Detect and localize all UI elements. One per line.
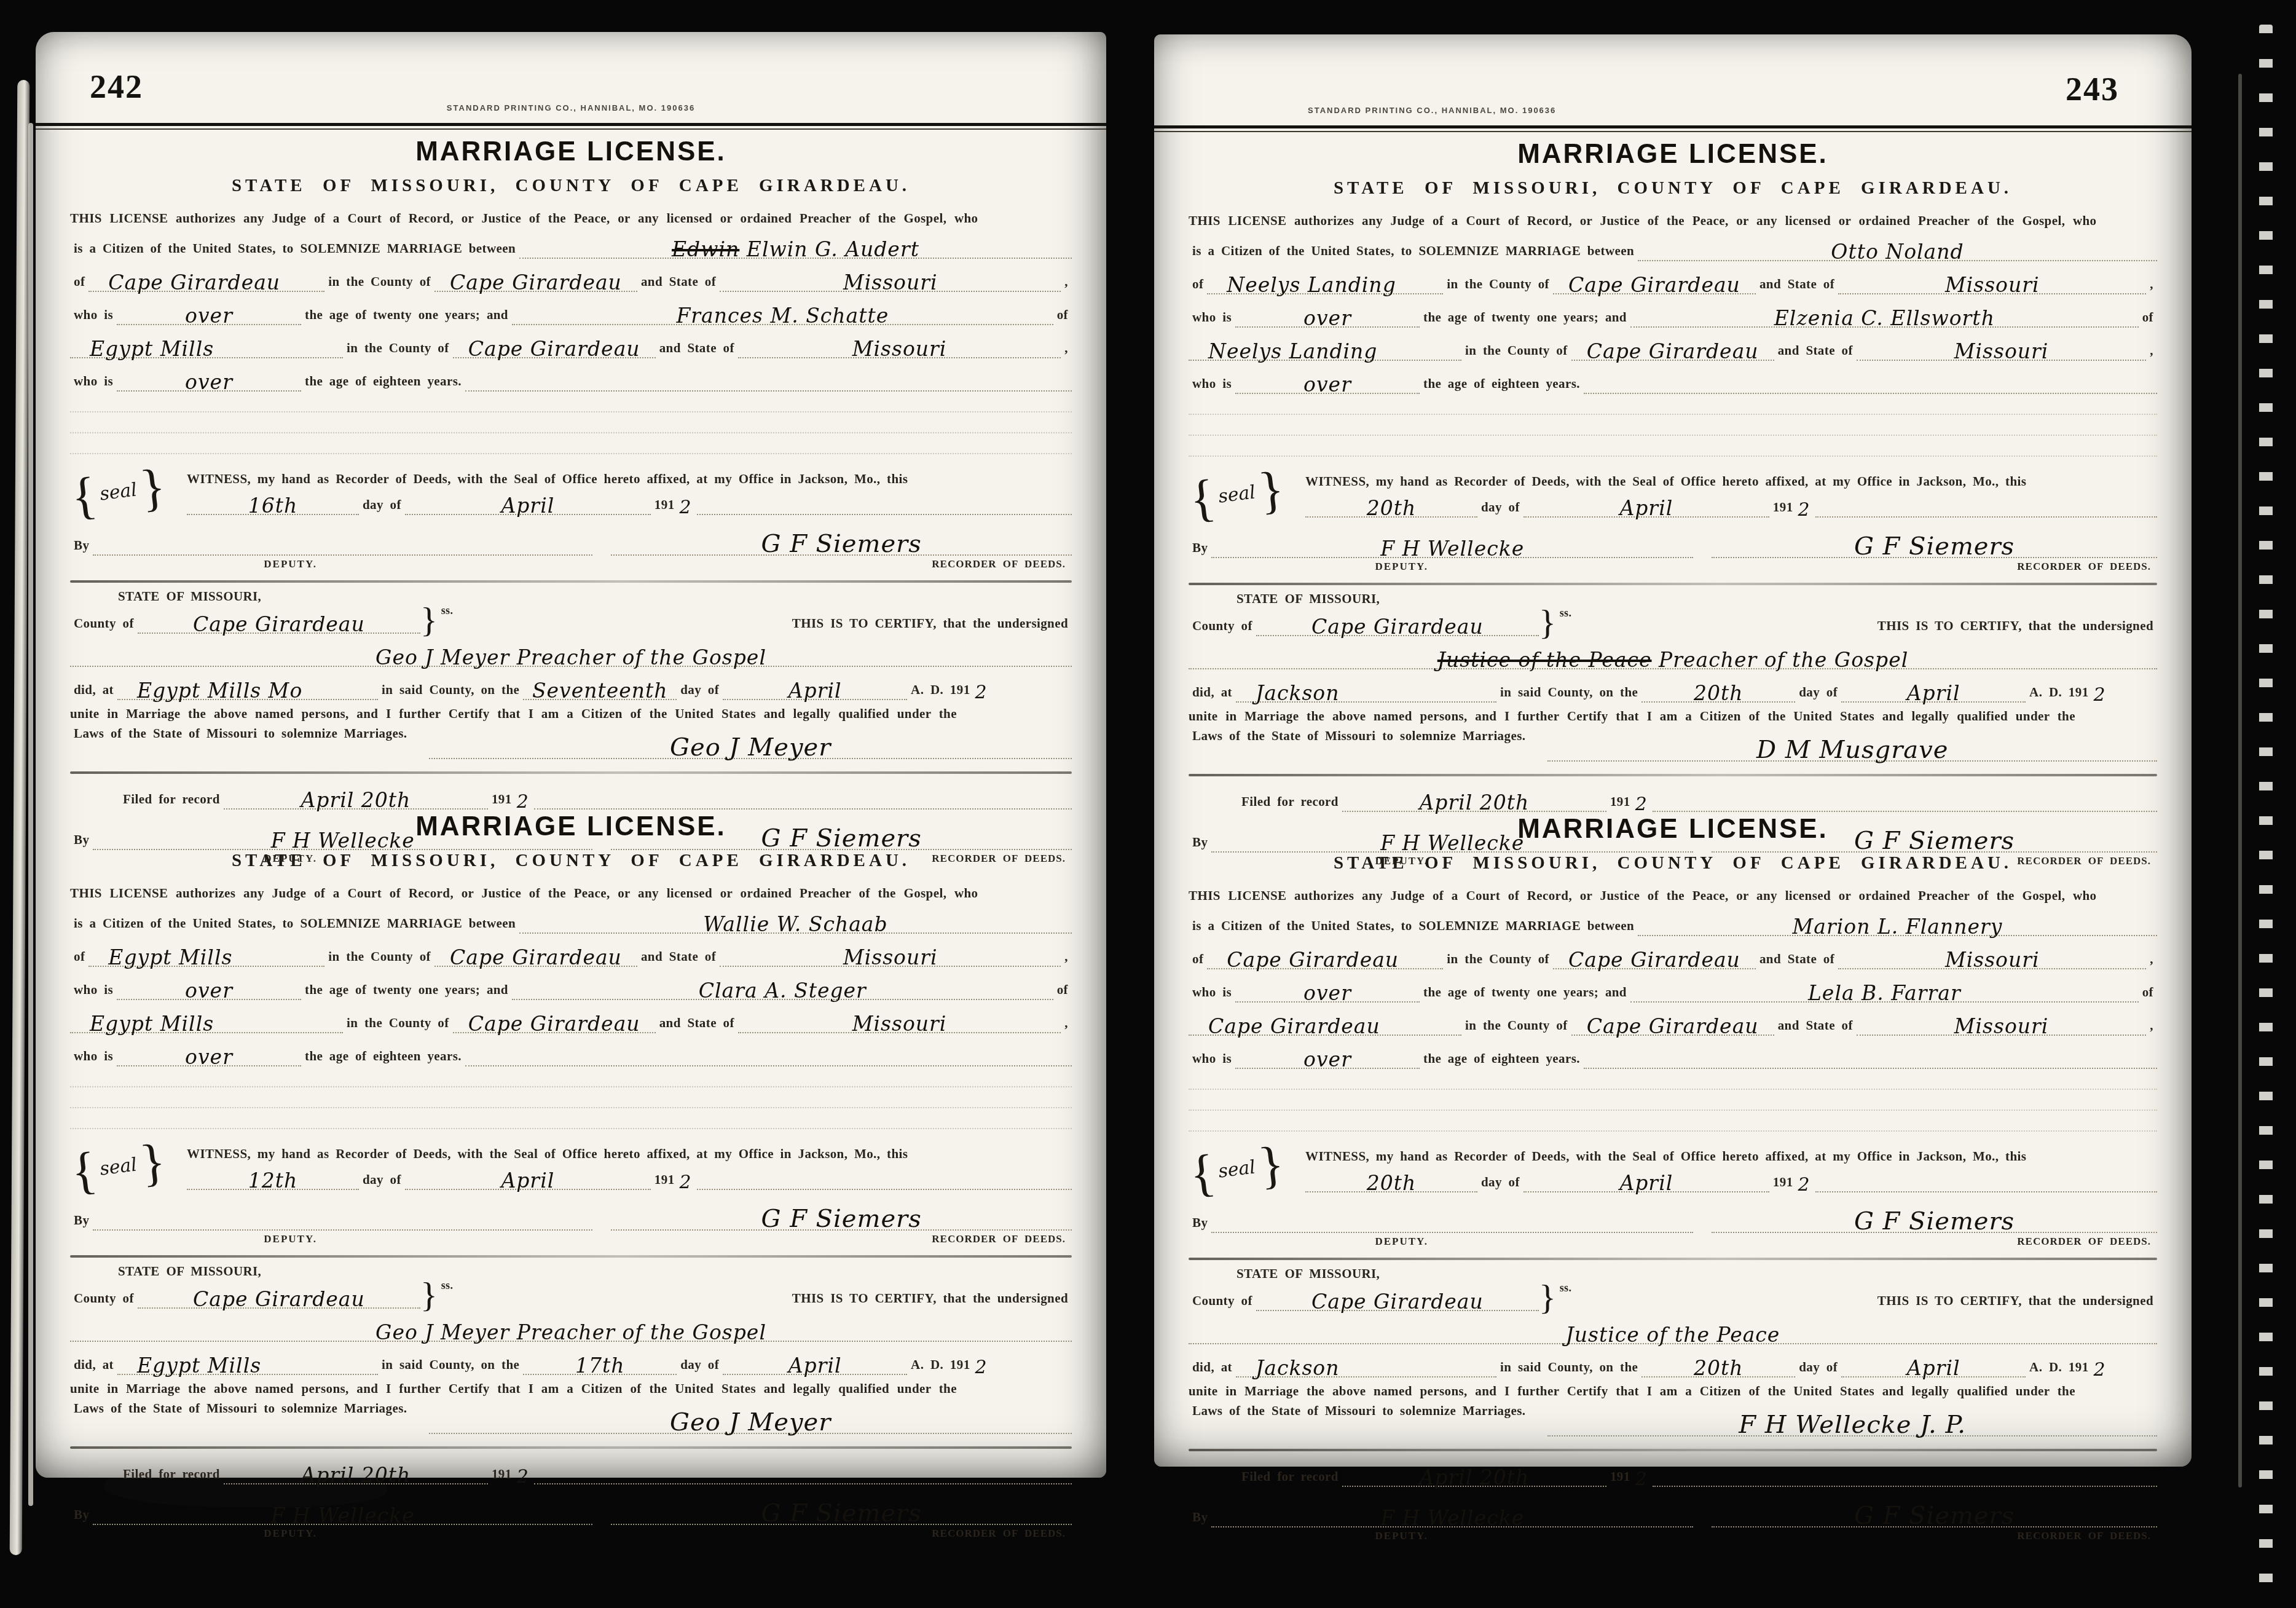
witness-day-text: 12th xyxy=(243,1170,303,1191)
officiant-title-row: Geo J Meyer Preacher of the Gospel xyxy=(70,637,1072,667)
unite-statement-line2: Laws of the State of Missouri to solemni… xyxy=(1189,1403,1529,1421)
groom-name-text: Otto Noland xyxy=(1831,240,1964,264)
page-number-right: 243 xyxy=(2066,70,2119,108)
comma-text: , xyxy=(1061,1015,1072,1033)
license-slot-4: MARRIAGE LICENSE. STATE OF MISSOURI, COU… xyxy=(1189,814,2157,1542)
ss-brace: } xyxy=(420,1283,438,1309)
of-label: of xyxy=(2139,985,2157,1003)
bride-residence-line: Cape Girardeau xyxy=(1189,1014,1461,1036)
blank-rule xyxy=(70,1107,1072,1108)
license-slot-3: MARRIAGE LICENSE. STATE OF MISSOURI, COU… xyxy=(1189,139,2157,867)
groom-residence-text: Neelys Landing xyxy=(1222,275,1401,295)
who-is-label: who is xyxy=(1189,1051,1235,1069)
officiant-title-row: Geo J Meyer Preacher of the Gospel xyxy=(70,1312,1072,1342)
witness-month-line: April xyxy=(1523,496,1769,518)
deputy-label: DEPUTY. xyxy=(70,1527,511,1540)
groom-residence-line: Egypt Mills xyxy=(88,945,324,967)
filed-date-line: April 20th xyxy=(224,1463,488,1484)
filed-caption-row: DEPUTY. RECORDER OF DEEDS. xyxy=(70,1527,1072,1540)
officiant-title-text: Justice of the Peace xyxy=(1566,1323,1780,1347)
day-of-label: day of xyxy=(359,1172,405,1190)
did-at-label: did, at xyxy=(1189,685,1236,703)
filed-date-text: April 20th xyxy=(296,1465,416,1485)
witness-month-text: April xyxy=(496,495,559,516)
bride-state-text: Missouri xyxy=(1949,341,2054,361)
seal-brace-right: } xyxy=(138,1141,168,1185)
groom-county-line: Cape Girardeau xyxy=(1553,948,1756,969)
scanned-register-photo: { "page_numbers": { "left": "242", "righ… xyxy=(0,0,2296,1608)
groom-county-text: Cape Girardeau xyxy=(1563,275,1745,295)
witness-block: { seal } WITNESS, my hand as Recorder of… xyxy=(70,471,1072,515)
and-state-label: and State of xyxy=(637,274,720,292)
county-of-label: County of xyxy=(1189,618,1256,636)
bride-age-row: who is over the age of eighteen years. xyxy=(1189,368,2157,394)
filed-row: Filed for record April 20th 191 2 xyxy=(119,1456,1072,1484)
witness-block: { seal } WITNESS, my hand as Recorder of… xyxy=(1189,1149,2157,1192)
groom-age-line: over xyxy=(1235,306,1420,328)
witness-caption-row: DEPUTY. RECORDER OF DEEDS. xyxy=(1189,1236,2157,1248)
marriage-license-form: MARRIAGE LICENSE. STATE OF MISSOURI, COU… xyxy=(70,136,1072,865)
witness-statement: WITNESS, my hand as Recorder of Deeds, w… xyxy=(187,1146,1072,1162)
groom-name-handwriting: Wallie W. Schaab xyxy=(698,914,892,934)
trailing-blank-line xyxy=(534,1483,1072,1484)
groom-age-text: over xyxy=(1299,983,1356,1003)
bride-age-line: over xyxy=(1235,1047,1420,1069)
marriage-month-line: April xyxy=(723,1354,907,1375)
marriage-day-line: 17th xyxy=(523,1354,677,1375)
day-of-label: day of xyxy=(677,1357,723,1375)
certify-county-row: County of Cape Girardeau } ss. THIS IS T… xyxy=(70,1279,1072,1309)
unite-statement-line2: Laws of the State of Missouri to solemni… xyxy=(1189,728,1529,746)
groom-residence-row: of Cape Girardeau in the County of Cape … xyxy=(70,266,1072,292)
trailing-blank-line xyxy=(534,808,1072,810)
who-is-label: who is xyxy=(1189,985,1235,1003)
form-subtitle: STATE OF MISSOURI, COUNTY OF CAPE GIRARD… xyxy=(1189,178,2157,199)
bride-name-line: Elzenia C. Ellsworth xyxy=(1630,306,2139,328)
filed-year-text: 2 xyxy=(1634,1470,1653,1489)
deputy-label: DEPUTY. xyxy=(1189,1236,1614,1248)
certify-county-row: County of Cape Girardeau } ss. THIS IS T… xyxy=(70,604,1072,634)
groom-residence-text: Cape Girardeau xyxy=(1222,950,1404,970)
recorder-signature-line: G F Siemers xyxy=(1712,532,2157,558)
ss-label: ss. xyxy=(1556,607,1576,622)
unite-statement-row2: Laws of the State of Missouri to solemni… xyxy=(1189,728,2157,764)
age21-label: the age of twenty one years; and xyxy=(1420,985,1630,1003)
bride-age-line: over xyxy=(1235,372,1420,394)
witness-caption-row: DEPUTY. RECORDER OF DEEDS. xyxy=(70,1233,1072,1245)
deputy-label: DEPUTY. xyxy=(1189,1530,1614,1542)
section-divider xyxy=(70,1446,1072,1449)
groom-age-row: who is over the age of twenty one years;… xyxy=(1189,977,2157,1003)
bride-age-line: over xyxy=(117,370,301,392)
certify-county-text: Cape Girardeau xyxy=(1307,1291,1488,1312)
filed-for-record-label: Filed for record xyxy=(119,1467,224,1484)
form-subtitle: STATE OF MISSOURI, COUNTY OF CAPE GIRARD… xyxy=(1189,853,2157,873)
witness-day-text: 20th xyxy=(1362,498,1421,518)
trailing-blank-line xyxy=(1653,1486,2157,1487)
groom-name-line: Otto Noland xyxy=(1638,240,2157,261)
filed-date-text: April 20th xyxy=(1415,1467,1535,1488)
of-label: of xyxy=(1189,277,1207,294)
trailing-blank-line xyxy=(1584,1068,2157,1069)
in-said-county-label: in said County, on the xyxy=(378,1357,523,1375)
recorder-signature-line: G F Siemers xyxy=(611,530,1072,556)
bride-state-line: Missouri xyxy=(738,1012,1061,1033)
groom-name-line: Edwin Elwin G. Audert xyxy=(519,237,1072,259)
recorder-of-deeds-label: RECORDER OF DEEDS. xyxy=(2017,1236,2157,1248)
printer-stamp: STANDARD PRINTING CO., HANNIBAL, MO. 190… xyxy=(36,103,1106,112)
certify-county-row: County of Cape Girardeau } ss. THIS IS T… xyxy=(1189,607,2157,636)
comma-text: , xyxy=(2146,952,2157,969)
solemnize-between-label: is a Citizen of the United States, to SO… xyxy=(70,241,519,259)
marriage-day-line: 20th xyxy=(1641,681,1795,703)
ss-label: ss. xyxy=(438,604,457,620)
officiant-title-handwriting: Justice of the Peace xyxy=(1561,1325,1785,1345)
seal-brace-right: } xyxy=(1257,468,1286,513)
marriage-day-line: 20th xyxy=(1641,1356,1795,1377)
seal-mark: { seal } xyxy=(69,1141,167,1193)
groom-state-text: Missouri xyxy=(1940,275,2045,295)
bride-residence-row: Egypt Mills in the County of Cape Girard… xyxy=(70,333,1072,358)
filed-date-line: April 20th xyxy=(1342,1465,1606,1487)
county-of-label: County of xyxy=(1189,1293,1256,1311)
marriage-month-text: April xyxy=(1902,683,1965,703)
witness-by-signature: F H Wellecke xyxy=(1375,538,1529,559)
witness-day-line: 20th xyxy=(1305,1171,1477,1192)
age18-label: the age of eighteen years. xyxy=(301,1049,465,1066)
marriage-day-text: 20th xyxy=(1689,683,1748,703)
seal-word: seal xyxy=(95,479,141,506)
groom-age-line: over xyxy=(117,304,301,325)
officiant-title-line: Geo J Meyer Preacher of the Gospel xyxy=(70,1320,1072,1342)
bride-age-text: over xyxy=(1299,374,1356,395)
witness-month-line: April xyxy=(1523,1171,1769,1192)
year-printed-label: 191 xyxy=(488,792,516,810)
of-label: of xyxy=(1189,952,1207,969)
filed-for-record-label: Filed for record xyxy=(119,792,224,810)
filed-for-record-label: Filed for record xyxy=(1238,794,1342,812)
section-divider xyxy=(70,771,1072,774)
witness-day-line: 16th xyxy=(187,494,359,515)
bride-residence-text: Neelys Landing xyxy=(1203,341,1382,361)
section-divider xyxy=(1189,1449,2157,1451)
form-title: MARRIAGE LICENSE. xyxy=(1189,139,2157,170)
trailing-blank-line xyxy=(1815,1191,2157,1192)
section-divider xyxy=(1189,1258,2157,1260)
officiant-signature-line: F H Wellecke J. P. xyxy=(1547,1403,2157,1437)
bride-residence-text: Egypt Mills xyxy=(85,339,219,359)
marriage-license-form: MARRIAGE LICENSE. STATE OF MISSOURI, COU… xyxy=(70,811,1072,1540)
trailing-blank-line xyxy=(697,1189,1072,1190)
in-said-county-label: in said County, on the xyxy=(1496,685,1641,703)
book-page-edge-line-right xyxy=(2238,74,2242,1488)
bride-age-text: over xyxy=(180,1047,238,1067)
day-of-label: day of xyxy=(677,682,723,700)
groom-county-text: Cape Girardeau xyxy=(445,947,627,968)
filed-by-line: F H Wellecke xyxy=(1211,1506,1693,1527)
comma-text: , xyxy=(2146,343,2157,361)
groom-county-line: Cape Girardeau xyxy=(434,945,637,967)
by-label: By xyxy=(70,1213,93,1231)
form-title: MARRIAGE LICENSE. xyxy=(70,136,1072,167)
marriage-date-row: did, at Jackson in said County, on the 2… xyxy=(1189,677,2157,703)
and-state-label: and State of xyxy=(1756,277,1838,294)
witness-by-line: F H Wellecke xyxy=(1211,537,1693,558)
recorder-signature-line: G F Siemers xyxy=(611,1205,1072,1231)
groom-name-row: is a Citizen of the United States, to SO… xyxy=(1189,235,2157,261)
witness-by-line xyxy=(93,1229,592,1231)
solemnize-between-label: is a Citizen of the United States, to SO… xyxy=(1189,243,1638,261)
blank-rule xyxy=(1189,435,2157,436)
of-label: of xyxy=(2139,310,2157,328)
groom-state-text: Missouri xyxy=(1940,950,2045,970)
bride-name-line: Lela B. Farrar xyxy=(1630,981,2139,1003)
comma-text: , xyxy=(2146,1018,2157,1036)
bride-residence-line: Egypt Mills xyxy=(70,337,343,358)
this-is-to-certify-label: THIS IS TO CERTIFY, that the undersigned xyxy=(1874,1293,2157,1311)
of-label: of xyxy=(1053,982,1072,1000)
marriage-date-row: did, at Jackson in said County, on the 2… xyxy=(1189,1352,2157,1377)
marriage-date-row: did, at Egypt Mills in said County, on t… xyxy=(70,1349,1072,1375)
officiant-title-row: Justice of the Peace xyxy=(1189,1315,2157,1344)
recorder-of-deeds-label: RECORDER OF DEEDS. xyxy=(932,1527,1072,1540)
bride-state-line: Missouri xyxy=(1857,339,2147,361)
unite-statement-line1: unite in Marriage the above named person… xyxy=(1189,709,2157,723)
this-is-to-certify-label: THIS IS TO CERTIFY, that the undersigned xyxy=(788,616,1072,634)
groom-name-line: Wallie W. Schaab xyxy=(519,912,1072,934)
bride-county-text: Cape Girardeau xyxy=(1582,1016,1764,1036)
officiant-title-line: Justice of the Peace Preacher of the Gos… xyxy=(1189,648,2157,669)
did-at-label: did, at xyxy=(70,682,117,700)
seal-brace-left: { xyxy=(69,475,98,519)
officiant-title-line: Justice of the Peace xyxy=(1189,1323,2157,1344)
and-state-label: and State of xyxy=(1774,343,1857,361)
witness-date-row: 20th day of April 191 2 xyxy=(1305,492,2157,518)
groom-county-text: Cape Girardeau xyxy=(1563,950,1745,970)
seal-mark: { seal } xyxy=(69,466,167,518)
officiant-signature-line: Geo J Meyer xyxy=(429,1401,1072,1434)
witness-by-row: By G F Siemers xyxy=(1189,1201,2157,1233)
witness-date-row: 20th day of April 191 2 xyxy=(1305,1167,2157,1192)
bride-residence-text: Cape Girardeau xyxy=(1203,1016,1385,1036)
did-at-label: did, at xyxy=(70,1357,117,1375)
in-county-label: in the County of xyxy=(343,341,453,358)
blank-rule xyxy=(1189,1089,2157,1090)
groom-residence-row: of Egypt Mills in the County of Cape Gir… xyxy=(70,941,1072,967)
and-state-label: and State of xyxy=(1756,952,1838,969)
did-at-label: did, at xyxy=(1189,1360,1236,1377)
marriage-month-text: April xyxy=(1902,1358,1965,1378)
marriage-license-form: MARRIAGE LICENSE. STATE OF MISSOURI, COU… xyxy=(1189,814,2157,1542)
marriage-place-text: Egypt Mills xyxy=(132,1355,266,1376)
certify-county-line: Cape Girardeau xyxy=(1256,1290,1539,1311)
witness-year-text: 2 xyxy=(1797,1176,1815,1194)
section-divider xyxy=(1189,774,2157,776)
filed-recorder-signature: G F Siemers xyxy=(756,1501,926,1526)
of-label: of xyxy=(1053,307,1072,325)
blank-rule xyxy=(70,1086,1072,1087)
blank-rule xyxy=(70,411,1072,412)
witness-statement: WITNESS, my hand as Recorder of Deeds, w… xyxy=(187,471,1072,487)
year-printed-label: 191 xyxy=(488,1467,516,1484)
by-label: By xyxy=(1189,540,1211,558)
groom-state-line: Missouri xyxy=(720,945,1061,967)
witness-year-text: 2 xyxy=(678,1173,697,1192)
certify-county-line: Cape Girardeau xyxy=(1256,615,1539,636)
day-of-label: day of xyxy=(1477,1175,1523,1192)
age21-label: the age of twenty one years; and xyxy=(1420,310,1630,328)
this-is-to-certify-label: THIS IS TO CERTIFY, that the undersigned xyxy=(1874,618,2157,636)
witness-day-line: 12th xyxy=(187,1169,359,1190)
officiant-title-text: Geo J Meyer Preacher of the Gospel xyxy=(375,1320,766,1344)
left-page: 242 STANDARD PRINTING CO., HANNIBAL, MO.… xyxy=(36,32,1106,1478)
marriage-year-text: 2 xyxy=(974,1358,993,1377)
certify-county-line: Cape Girardeau xyxy=(138,612,420,634)
filed-by-row: By F H Wellecke G F Siemers xyxy=(70,1493,1072,1525)
deputy-label: DEPUTY. xyxy=(1189,561,1614,573)
groom-state-text: Missouri xyxy=(838,272,943,293)
bride-age-line: over xyxy=(117,1045,301,1066)
and-state-label: and State of xyxy=(637,949,720,967)
book-page-edges-left-inner xyxy=(28,123,33,1506)
groom-county-line: Cape Girardeau xyxy=(1553,273,1756,294)
filed-year-text: 2 xyxy=(1634,795,1653,814)
bride-age-text: over xyxy=(1299,1049,1356,1070)
recorder-signature: G F Siemers xyxy=(1849,1209,2019,1234)
trailing-blank-line xyxy=(465,1065,1072,1066)
groom-residence-line: Cape Girardeau xyxy=(88,270,324,292)
marriage-place-text: Jackson xyxy=(1251,1358,1344,1378)
trailing-blank-line xyxy=(465,390,1072,392)
form-title: MARRIAGE LICENSE. xyxy=(1189,814,2157,845)
recorder-signature-line: G F Siemers xyxy=(1712,1207,2157,1233)
by-label: By xyxy=(70,538,93,556)
marriage-place-line: Jackson xyxy=(1236,681,1496,703)
certify-county-line: Cape Girardeau xyxy=(138,1287,420,1309)
marriage-place-line: Egypt Mills Mo xyxy=(117,679,378,700)
comma-text: , xyxy=(1061,274,1072,292)
bride-state-text: Missouri xyxy=(847,339,952,359)
age18-label: the age of eighteen years. xyxy=(1420,376,1584,394)
recorder-of-deeds-label: RECORDER OF DEEDS. xyxy=(2017,1530,2157,1542)
groom-name-handwriting: Edwin Elwin G. Audert xyxy=(667,239,924,259)
bride-county-line: Cape Girardeau xyxy=(1571,339,1774,361)
officiant-title-handwriting: Justice of the Peace Preacher of the Gos… xyxy=(1433,650,1913,670)
groom-county-line: Cape Girardeau xyxy=(434,270,637,292)
ss-brace: } xyxy=(1539,1285,1556,1312)
year-printed-label: 191 xyxy=(651,1172,678,1190)
comma-text: , xyxy=(1061,949,1072,967)
deputy-label: DEPUTY. xyxy=(70,1233,511,1245)
groom-name-text: Marion L. Flannery xyxy=(1793,915,2003,939)
in-said-county-label: in said County, on the xyxy=(1496,1360,1641,1377)
officiant-signature: Geo J Meyer xyxy=(665,735,836,760)
witness-year-text: 2 xyxy=(678,499,697,517)
trailing-blank-line xyxy=(1584,393,2157,394)
recorder-of-deeds-label: RECORDER OF DEEDS. xyxy=(2017,561,2157,573)
groom-age-row: who is over the age of twenty one years;… xyxy=(1189,302,2157,328)
year-printed-label: 191 xyxy=(1606,794,1634,812)
witness-by-row: By F H Wellecke G F Siemers xyxy=(1189,526,2157,558)
groom-age-text: over xyxy=(1299,308,1356,328)
groom-name-row: is a Citizen of the United States, to SO… xyxy=(70,233,1072,259)
in-county-label: in the County of xyxy=(324,949,434,967)
marriage-place-line: Jackson xyxy=(1236,1356,1496,1377)
groom-age-text: over xyxy=(180,980,238,1001)
seal-brace-left: { xyxy=(1187,477,1217,521)
officiant-signature: Geo J Meyer xyxy=(665,1410,836,1435)
groom-age-row: who is over the age of twenty one years;… xyxy=(70,974,1072,1000)
groom-age-row: who is over the age of twenty one years;… xyxy=(70,299,1072,325)
age21-label: the age of twenty one years; and xyxy=(301,982,512,1000)
year-printed-label: 191 xyxy=(1769,500,1797,518)
bride-county-text: Cape Girardeau xyxy=(463,1014,645,1034)
marriage-month-line: April xyxy=(1841,1356,2026,1377)
witness-caption-row: DEPUTY. RECORDER OF DEEDS. xyxy=(1189,561,2157,573)
bride-county-line: Cape Girardeau xyxy=(453,337,656,358)
officiant-title-handwriting: Geo J Meyer Preacher of the Gospel xyxy=(371,647,771,668)
witness-block: { seal } WITNESS, my hand as Recorder of… xyxy=(70,1146,1072,1190)
marriage-day-text: 20th xyxy=(1689,1358,1748,1378)
officiant-signature: D M Musgrave xyxy=(1751,738,1954,762)
seal-brace-left: { xyxy=(1187,1152,1217,1196)
officiant-title-row: Justice of the Peace Preacher of the Gos… xyxy=(1189,640,2157,669)
groom-name-text: Wallie W. Schaab xyxy=(703,912,887,936)
marriage-place-text: Jackson xyxy=(1251,683,1344,703)
filed-row: Filed for record April 20th 191 2 xyxy=(1238,1459,2157,1487)
year-printed-label: 191 xyxy=(651,497,678,515)
officiant-signature-line: Geo J Meyer xyxy=(429,726,1072,759)
by-label: By xyxy=(1189,1215,1211,1233)
trailing-blank-line xyxy=(1815,516,2157,518)
seal-brace-right: } xyxy=(1257,1143,1286,1188)
page-number-left: 242 xyxy=(90,68,143,106)
day-of-label: day of xyxy=(1477,500,1523,518)
ss-label: ss. xyxy=(1556,1282,1576,1297)
marriage-day-text: 17th xyxy=(570,1355,630,1376)
seal-mark: { seal } xyxy=(1187,1143,1286,1196)
officiant-title-handwriting: Geo J Meyer Preacher of the Gospel xyxy=(371,1322,771,1342)
groom-residence-line: Cape Girardeau xyxy=(1207,948,1443,969)
marriage-month-line: April xyxy=(1841,681,2026,703)
comma-text: , xyxy=(1061,341,1072,358)
bride-state-text: Missouri xyxy=(1949,1016,2054,1036)
bride-name-line: Frances M. Schatte xyxy=(512,304,1053,325)
marriage-place-text: Egypt Mills Mo xyxy=(132,680,307,701)
section-divider xyxy=(1189,583,2157,585)
solemnize-between-label: is a Citizen of the United States, to SO… xyxy=(70,916,519,934)
and-state-label: and State of xyxy=(1774,1018,1857,1036)
groom-state-line: Missouri xyxy=(1838,948,2146,969)
groom-residence-row: of Cape Girardeau in the County of Cape … xyxy=(1189,944,2157,969)
in-county-label: in the County of xyxy=(1443,952,1553,969)
printer-stamp: STANDARD PRINTING CO., HANNIBAL, MO. 190… xyxy=(1154,106,2192,115)
unite-statement-row2: Laws of the State of Missouri to solemni… xyxy=(70,726,1072,762)
who-is-label: who is xyxy=(1189,310,1235,328)
witness-day-text: 16th xyxy=(243,495,303,516)
bride-county-text: Cape Girardeau xyxy=(463,339,645,359)
filed-by-row: By F H Wellecke G F Siemers xyxy=(1189,1496,2157,1527)
unite-statement-line2: Laws of the State of Missouri to solemni… xyxy=(70,726,411,744)
marriage-month-text: April xyxy=(784,680,847,701)
page-head-rule xyxy=(36,123,1106,130)
trailing-blank-line xyxy=(1653,811,2157,812)
blank-rule xyxy=(70,453,1072,454)
seal-word: seal xyxy=(1213,481,1260,508)
marriage-year-text: 2 xyxy=(974,684,993,702)
filed-recorder-signature-line: G F Siemers xyxy=(611,1499,1072,1525)
who-is-label: who is xyxy=(70,307,117,325)
